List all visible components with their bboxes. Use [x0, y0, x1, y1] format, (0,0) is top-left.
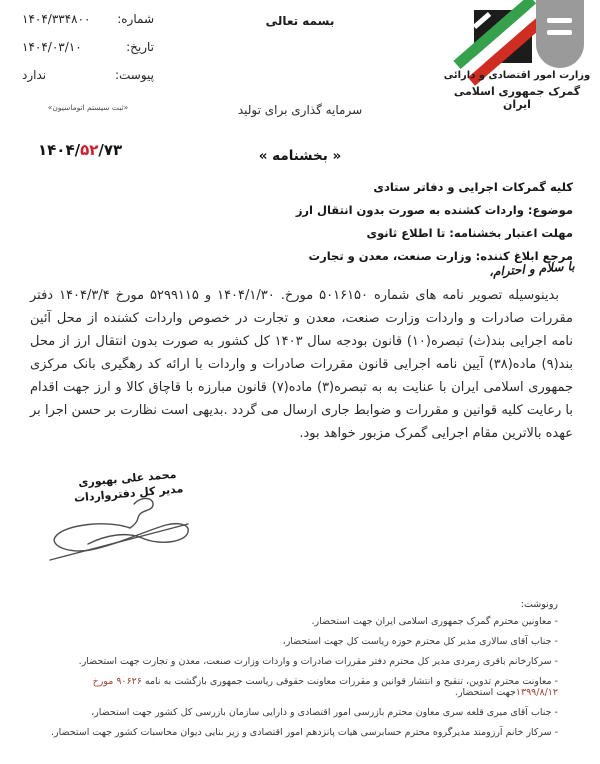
authority-line: مرجع ابلاغ کننده: وزارت صنعت، معدن و تجا…: [30, 249, 573, 263]
circular-number-year: ۱۴۰۴/: [38, 141, 80, 159]
number-label: شماره:: [117, 12, 154, 26]
subject-block: کلیه گمرکات اجرایی و دفاتر ستادی موضوع: …: [30, 180, 573, 272]
cc-item-legal: - معاونت محترم تدوین، تنقیح و انتشار قوا…: [28, 676, 558, 698]
attachment-row: پیوست: ندارد: [22, 68, 154, 82]
cc-title: رونوشت:: [28, 599, 558, 610]
circular-letter-page: وزارت امور اقتصادی و دارائی گمرک جمهوری …: [0, 0, 600, 764]
date-label: تاریخ:: [126, 40, 154, 54]
validity-line: مهلت اعتبار بخشنامه: تا اطلاع ثانوی: [30, 226, 573, 240]
cc-footer: رونوشت: - معاونین محترم گمرک جمهوری اسلا…: [28, 599, 558, 747]
ministry-name: وزارت امور اقتصادی و دارائی: [442, 70, 592, 81]
circular-number-series: ۵۲: [80, 141, 98, 159]
circular-number-seq: /۷۳: [98, 141, 122, 159]
cc-legal-text: - معاونت محترم تدوین، تنقیح و انتشار قوا…: [142, 676, 558, 687]
recipient-line: کلیه گمرکات اجرایی و دفاتر ستادی: [30, 180, 573, 194]
cc-item: - سرکار خانم آرزومند مدیرگروه محترم حساب…: [28, 727, 558, 738]
attachment-value: ندارد: [22, 68, 46, 82]
cc-item: - معاونین محترم گمرک جمهوری اسلامی ایران…: [28, 616, 558, 627]
letter-body: بدینوسیله تصویر نامه های شماره ۵۰۱۶۱۵۰ م…: [30, 284, 573, 445]
date-value: ۱۴۰۴/۰۳/۱۰: [22, 40, 82, 54]
logo-gray-capsule: [536, 0, 584, 68]
subject-line: موضوع: واردات کشنده به صورت بدون انتقال …: [30, 203, 573, 217]
number-value: ۱۴۰۴/۳۳۴۸۰۰: [22, 12, 91, 26]
cc-legal-tail: جهت استحضار.: [455, 687, 516, 698]
letter-number-row: شماره: ۱۴۰۴/۳۳۴۸۰۰: [22, 12, 154, 26]
automation-note: «ثبت سیستم اتوماسیون»: [22, 103, 154, 112]
circular-number: ۱۴۰۴/۵۲/۷۳: [38, 141, 122, 159]
cc-item: - جناب آقای سالاری مدیر کل محترم حوزه ری…: [28, 636, 558, 647]
letter-date-row: تاریخ: ۱۴۰۴/۰۳/۱۰: [22, 40, 154, 54]
cc-item: - جناب آقای میری قلعه سری معاون محترم با…: [28, 707, 558, 718]
capsule-bar-icon: [547, 30, 572, 35]
cc-item: - سرکارخانم باقری زمردی مدیر کل محترم دف…: [28, 656, 558, 667]
handwritten-signature-icon: [38, 494, 203, 572]
attachment-label: پیوست:: [115, 68, 154, 82]
customs-logo-icon: [470, 0, 580, 70]
letter-reference-fields: شماره: ۱۴۰۴/۳۳۴۸۰۰ تاریخ: ۱۴۰۴/۰۳/۱۰ پیو…: [22, 12, 154, 96]
